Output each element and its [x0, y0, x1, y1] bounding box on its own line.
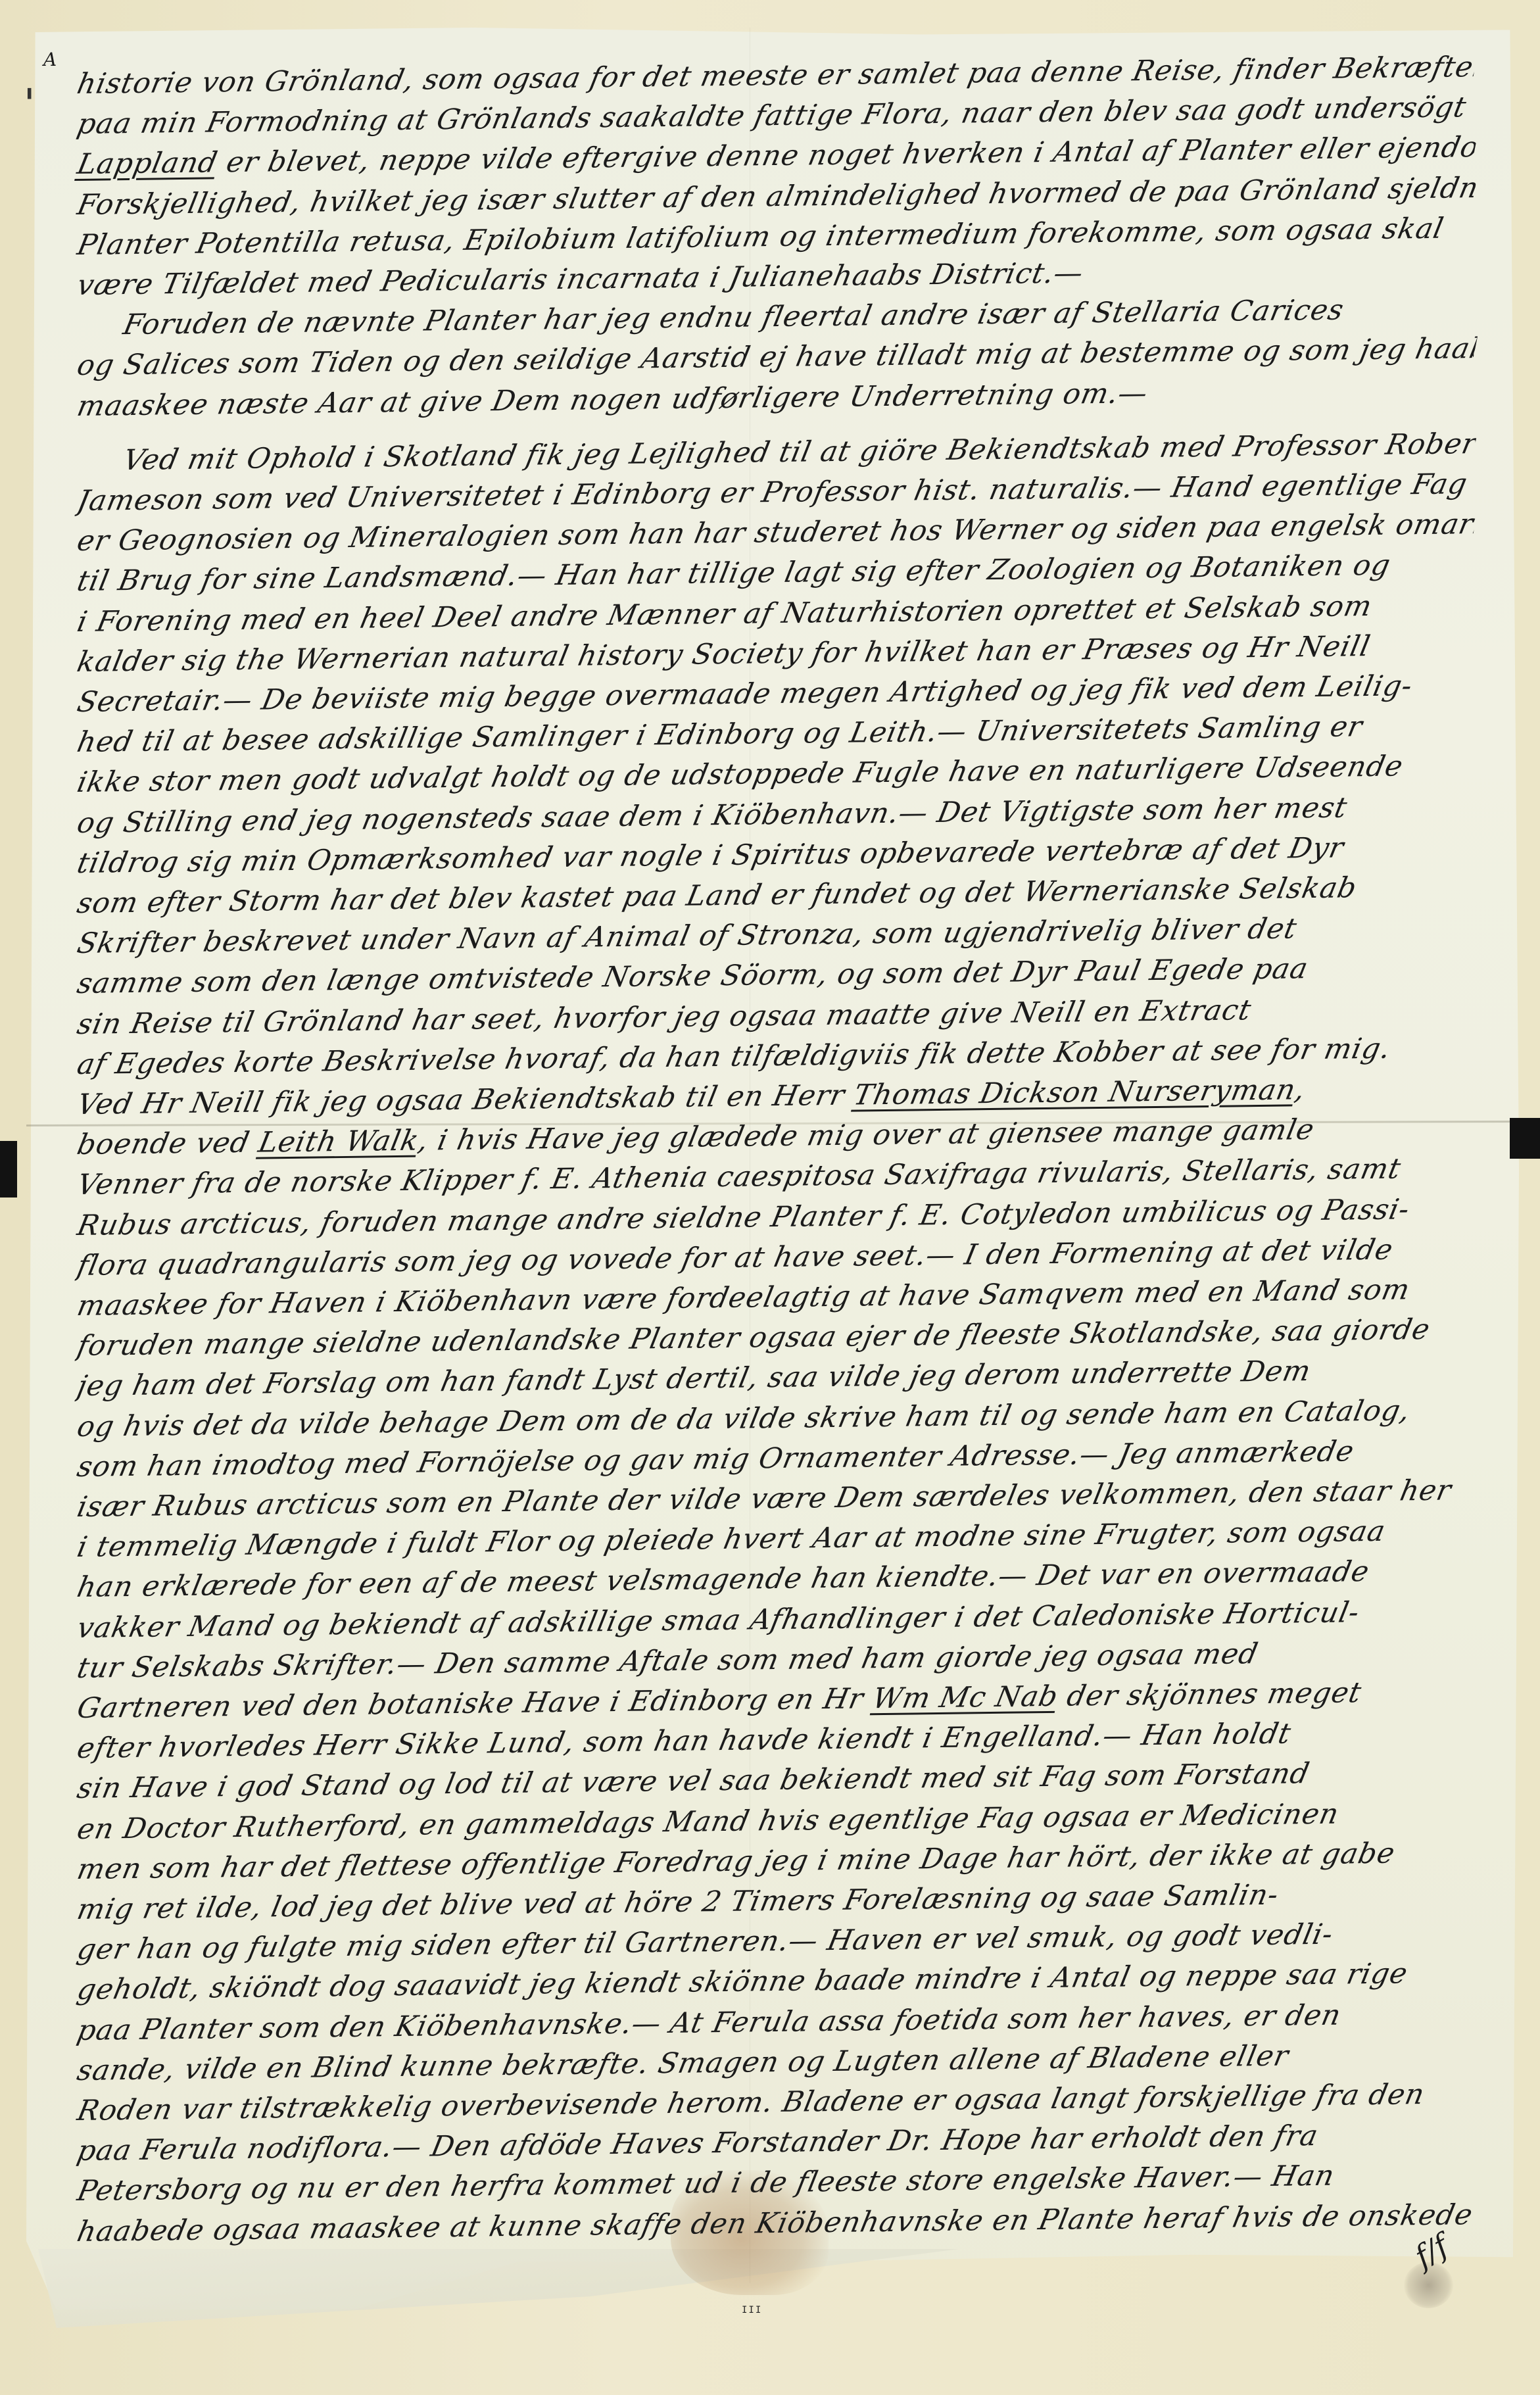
- bottom-edge-mark: III: [742, 2305, 762, 2315]
- underlined-name: Leith Walk: [256, 1125, 422, 1159]
- black-tape-left: [0, 1141, 17, 1197]
- black-tape-right: [1510, 1118, 1540, 1159]
- page-marker: A: [43, 49, 57, 70]
- left-edge-mark: ▌: [28, 89, 35, 99]
- underlined-name: Lappland: [74, 147, 220, 181]
- underlined-name: Wm Mc Nab: [870, 1680, 1061, 1715]
